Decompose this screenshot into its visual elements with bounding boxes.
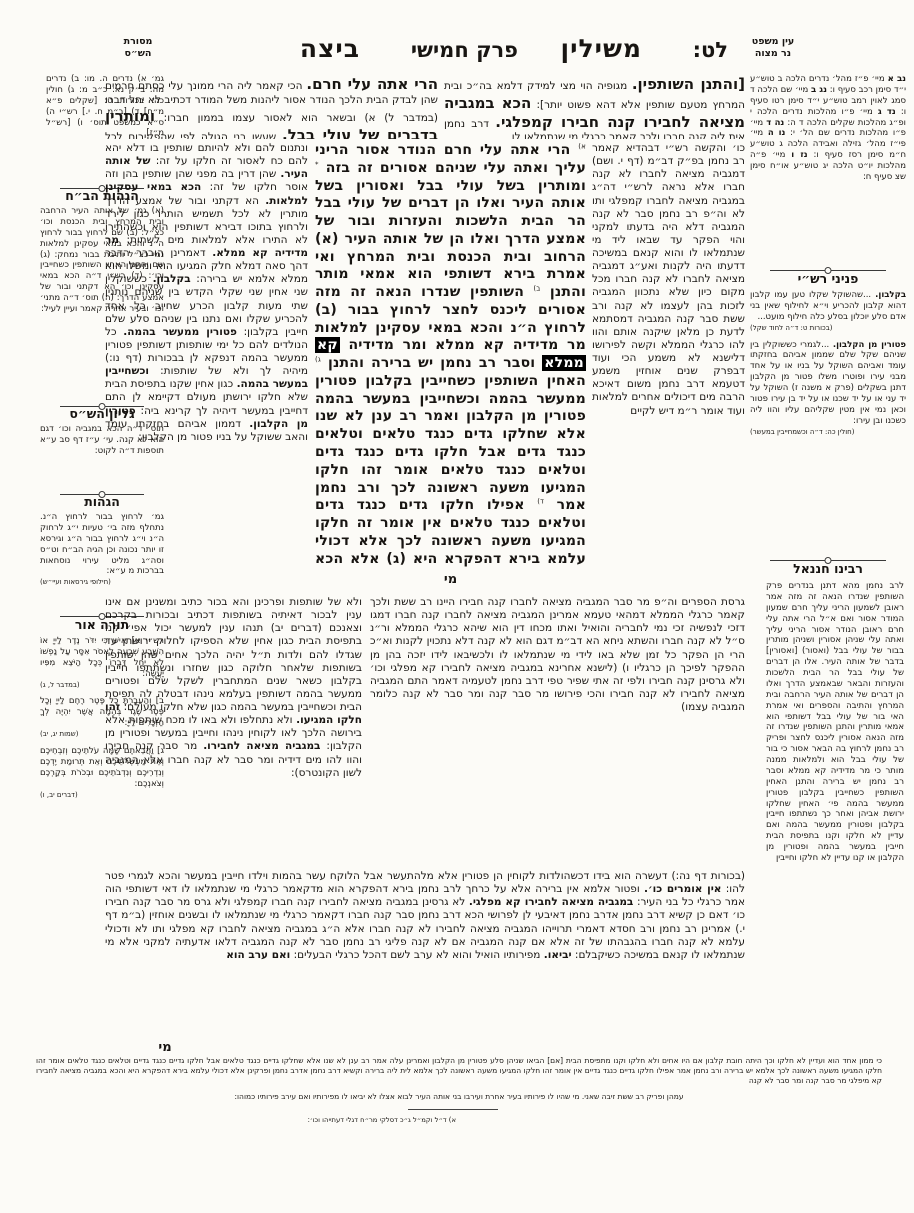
rch-bottom-band: כי ממון אחד הוא ועדיין לא חלקו וכך היתה … <box>36 1056 882 1092</box>
tractate-name: ביצה <box>300 34 360 63</box>
footnote-text: א) ד״ל וקמ״ל ג״כ דסלקי מר״ח דגלי דעתייהו… <box>36 1116 456 1125</box>
page-catchword: מי <box>105 1040 225 1055</box>
ein-mishpat-entry-lead: נו ה <box>768 128 786 138</box>
pninei-rashi-text: בקלבון. ...שהשוקל שקלו טען עמו קלבון דהו… <box>750 290 906 548</box>
chapter-number: פרק חמישי <box>411 38 518 62</box>
gemara-catchword: מי <box>315 572 586 587</box>
tosafot-mid-band: גרסת הספרים וה״פ מר סבר המגביה מציאה לחב… <box>370 596 745 866</box>
ein-mishpat-header: עין משפט נר מצוה <box>742 36 804 60</box>
pninei-source: (בכורות ט: ד״ה לחוד שקל) <box>750 324 906 333</box>
tosafot-top-band: [והתנן השותפין. מגופיה הוי מצי למידק דלמ… <box>444 75 745 139</box>
pninei-rashi-title: פניני רש״י <box>750 272 906 286</box>
rashi-top-band: הרי אתה עלי חרם. הכי קאמר ליה הרי ממונך … <box>105 75 438 139</box>
pninei-dh: פטורין מן הקלבון. <box>833 340 906 350</box>
rashi-mid-band: ולא של שותפות ופרכינן והא בכור כתיב ומשנ… <box>105 596 362 866</box>
masoret-title-line1: מסורת <box>112 36 164 48</box>
ein-mishpat-entry-lead: נה ד <box>766 118 784 128</box>
folio-number: לט: <box>693 38 728 62</box>
rashi-column: ונתנום להם ולא להיותם שותפין בו דלא יהא … <box>105 142 308 592</box>
talmud-page: עין משפט נר מצוה לט: משילין פרק חמישי בי… <box>0 0 914 1213</box>
ein-mishpat-title-line1: עין משפט <box>742 36 804 48</box>
ein-mishpat-entry-lead: נד ג <box>878 107 896 117</box>
ein-mishpat-entry-lead: נז ו <box>791 150 807 160</box>
pninei-dh: בקלבון. <box>875 290 906 300</box>
tosafot-column: כו׳ והקשה רש״י דבהדיא קאמר רב נחמן בפ״ק … <box>592 142 745 592</box>
gemara-column: א) הרי אתה עלי חרם הנודר אסור הריני עליך… <box>315 142 586 568</box>
rch-column-text: לרב נחמן מהא דתנן בנדרים פרק השותפין שנד… <box>766 581 904 863</box>
ein-mishpat-entry-lead: נג ב <box>811 85 827 95</box>
ein-mishpat-entries: נב א מיי׳ פ״ז מהל׳ נדרים הלכה ב טוש״ע י״… <box>750 74 906 258</box>
rabbeinu-chananel-column: לרב נחמן מהא דתנן בנדרים פרק השותפין שנד… <box>766 581 904 1039</box>
rch-column-end: או קנו עדיין לא חלקו וחייבין <box>776 853 875 863</box>
pninei-text: ...לגמרי כששוקלין בין שניהם שקל שלם שממו… <box>750 340 906 426</box>
chapter-name: משילין <box>561 34 642 63</box>
ein-mishpat-entry-lead: נב א <box>888 74 906 84</box>
masoret-title-line2: הש״ס <box>112 48 164 60</box>
rch-bottom-end: עמהן ופריק רב ששת זיבה שאני. מי שהיו לו … <box>36 1092 882 1104</box>
rabbeinu-chananel-title: רבינו חננאל <box>750 562 906 576</box>
masoret-header: מסורת הש״ס <box>112 36 164 60</box>
tosafot-bottom-band: (בכורות דף נה:) דעשרה הוא בידו דכשהולדות… <box>105 870 745 1038</box>
ein-mishpat-title-line2: נר מצוה <box>742 48 804 60</box>
footnote-divider <box>408 1108 498 1110</box>
pninei-source: (חולין כה: ד״ה וכשמחייבין במעשר) <box>750 428 906 437</box>
